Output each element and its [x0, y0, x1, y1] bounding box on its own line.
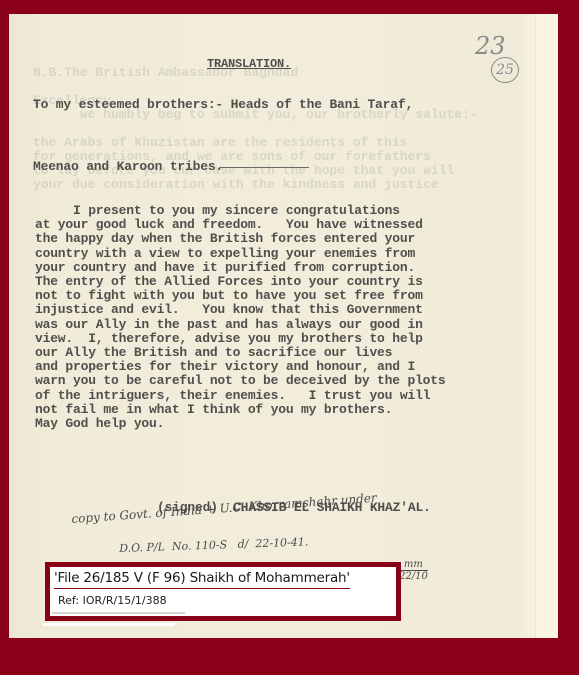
handwritten-initials: mm [399, 559, 428, 571]
document-title: TRANSLATION. [207, 57, 291, 71]
label-shadow [43, 623, 175, 626]
handwritten-initials-block: mm 22/10 [399, 559, 428, 582]
document-page: N.B.The British Ambassador Baghdad Excel… [9, 14, 558, 638]
folio-number-circled: 25 [491, 57, 519, 83]
archive-label: 'File 26/185 V (F 96) Shaikh of Mohammer… [45, 562, 401, 621]
handwritten-date: 22/10 [399, 571, 428, 582]
letter-body: I present to you my sincere congratulati… [35, 204, 445, 431]
divider-line [219, 167, 309, 168]
handwritten-note-line-2: D.O. P/L No. 110-S d/ 22-10-41. [119, 535, 308, 555]
reference-underline [52, 612, 185, 614]
archive-label-title: 'File 26/185 V (F 96) Shaikh of Mohammer… [54, 570, 350, 589]
salutation: To my esteemed brothers:- Heads of the B… [33, 89, 413, 182]
archive-label-reference: Ref: IOR/R/15/1/388 [58, 594, 167, 607]
folio-number: 23 [475, 32, 506, 60]
